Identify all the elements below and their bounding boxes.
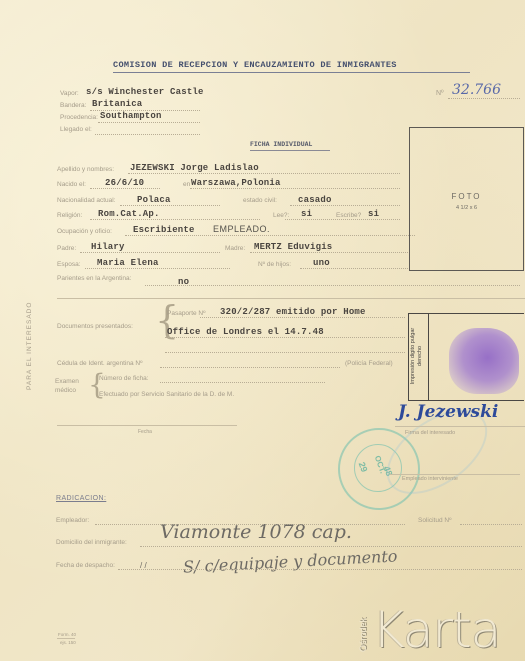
form-code-1: Form. 40 (58, 632, 76, 637)
fingerprint-label: Impresión digito pulgar derecho (410, 318, 424, 394)
fingerprint-impression (449, 328, 519, 394)
nacionalidad-value: Polaca (137, 195, 171, 205)
domicilio-label: Domicilio del inmigrante: (56, 539, 127, 546)
para-interesado-side-label: PARA EL INTERESADO (26, 302, 33, 390)
ficha-heading: FICHA INDIVIDUAL (250, 141, 312, 148)
signature-label: Firma del interesado (405, 430, 455, 436)
en-value: Warszawa,Polonia (191, 178, 281, 188)
escribe-label: Escribe? (336, 212, 361, 219)
esposa-value: Maria Elena (97, 258, 159, 268)
domicilio-value: Viamonte 1078 cap. (160, 521, 352, 543)
bandera-value: Britanica (92, 99, 142, 109)
lee-label: Lee?: (273, 212, 289, 219)
form-code-2: ejs. 150 (60, 640, 76, 645)
solicitud-label: Solicitud Nº (418, 517, 451, 524)
efectuado-label: Efectuado por Servicio Sanitario de la D… (99, 391, 234, 398)
photo-size: 4 1/2 x 6 (410, 205, 523, 211)
en-label: en (183, 181, 190, 188)
madre-label: Madre: (225, 245, 245, 252)
llegado-label: Llegado el: (60, 126, 92, 133)
procedencia-label: Procedencia: (60, 114, 98, 121)
estado-label: estado civil: (243, 197, 277, 204)
fecha-label: Fecha (138, 429, 152, 435)
documentos-label: Documentos presentados: (57, 323, 133, 330)
cedula-label: Cédula de Ident. argentina Nº (57, 360, 143, 367)
hijos-label: Nº de hijos: (258, 261, 291, 268)
parientes-label: Parientes en la Argentina: (57, 275, 131, 282)
lee-value: si (301, 209, 312, 219)
vapor-value: s/s Winchester Castle (86, 87, 204, 97)
ocupacion-label: Ocupación y oficio: (57, 228, 112, 235)
employee-label: Empleado interviniente (402, 476, 458, 482)
nacionalidad-label: Nacionalidad actual: (57, 197, 116, 204)
religion-value: Rom.Cat.Ap. (98, 209, 160, 219)
apellido-label: Apellido y nombres: (57, 166, 114, 173)
watermark-large: Karta (372, 604, 500, 656)
procedencia-value: Southampton (100, 111, 162, 121)
vapor-label: Vapor: (60, 90, 79, 97)
bandera-label: Bandera: (60, 102, 86, 109)
nacido-value: 26/6/10 (105, 178, 144, 188)
watermark-small: Ośrodek (358, 618, 368, 652)
despacho-label: Fecha de despacho: (56, 562, 115, 569)
escribe-value: si (368, 209, 379, 219)
policia-label: (Policía Federal) (345, 360, 393, 367)
padre-label: Padre: (57, 245, 76, 252)
photo-box: FOTO 4 1/2 x 6 (409, 127, 524, 271)
nacido-label: Nacido el: (57, 181, 86, 188)
padre-value: Hilary (91, 242, 125, 252)
ocupacion-handwritten: EMPLEADO. (213, 224, 270, 234)
madre-value: MERTZ Eduvigis (254, 242, 332, 252)
fingerprint-box: Impresión digito pulgar derecho (408, 313, 524, 401)
number-label: Nº (436, 90, 444, 97)
form-number: 32.766 (452, 82, 501, 98)
radicacion-heading: RADICACION: (56, 495, 106, 502)
empleador-label: Empleador: (56, 517, 89, 524)
pasaporte-line-1: 320/2/287 emitido por Home (220, 307, 366, 317)
form-title: COMISION DE RECEPCION Y ENCAUZAMIENTO DE… (113, 60, 397, 70)
pasaporte-line-2: Office de Londres el 14.7.48 (167, 327, 324, 337)
ocupacion-value: Escribiente (133, 225, 195, 235)
signature: J. Jezewski (398, 402, 498, 422)
pasaporte-label: Pasaporte Nº (167, 310, 206, 317)
despacho-note: S/ c/equipaje y documento (183, 546, 398, 576)
numero-ficha-label: Número de ficha: (99, 375, 149, 382)
photo-label: FOTO (410, 192, 523, 201)
estado-value: casado (298, 195, 332, 205)
esposa-label: Esposa: (57, 261, 81, 268)
apellido-value: JEZEWSKI Jorge Ladislao (130, 163, 259, 173)
hijos-value: uno (313, 258, 330, 268)
examen-medico-label: Examen médico (55, 377, 87, 395)
religion-label: Religión: (57, 212, 82, 219)
immigration-form-document: COMISION DE RECEPCION Y ENCAUZAMIENTO DE… (0, 0, 525, 661)
